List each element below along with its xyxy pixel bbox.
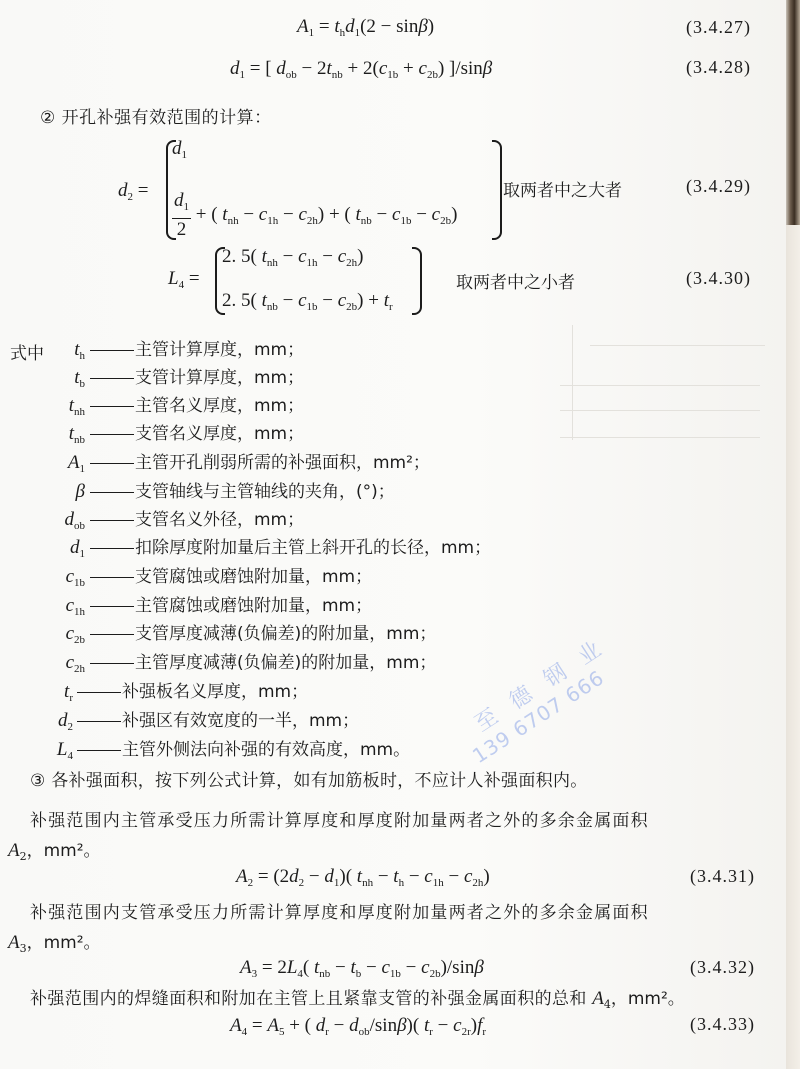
definition-text: 主管外侧法向补强的有效高度，mm。 — [122, 740, 410, 760]
definition-text: 支管腐蚀或磨蚀附加量，mm； — [135, 567, 372, 587]
eq29-note: 取两者中之大者 — [503, 176, 622, 201]
definition-symbol: tr — [0, 681, 73, 709]
equation-number: (3.4.29) — [686, 176, 751, 197]
definition-text: 支管厚度减薄(负偏差)的附加量，mm； — [135, 624, 436, 644]
equation-number: (3.4.31) — [690, 866, 755, 887]
unit-text: ，mm²。 — [27, 933, 101, 953]
right-brace — [412, 247, 422, 315]
paragraph-text: 补强范围内的焊缝面积和附加在主管上且紧靠支管的补强金属面积的总和 — [30, 989, 587, 1009]
eq30-case-2: 2. 5( tnb − c1b − c2b) + tr — [222, 290, 393, 318]
definition-text: 支管计算厚度，mm； — [135, 368, 304, 388]
subscript: 2 — [20, 850, 27, 863]
em-dash — [90, 634, 134, 635]
eq-lhs-subscript: 1 — [240, 69, 246, 81]
eq-lhs-symbol: d — [230, 58, 240, 79]
equation-number: (3.4.32) — [690, 957, 755, 978]
eq30-case-1: 2. 5( tnh − c1h − c2h) — [222, 246, 364, 274]
definition-text: 支管轴线与主管轴线的夹角，(°)； — [135, 482, 395, 502]
bleed-through-rule — [572, 325, 573, 440]
em-dash — [77, 721, 121, 722]
definition-symbol: L4 — [0, 739, 73, 767]
eq-rhs: = (2d2 − d1)( tnh − th − c1h − c2h) — [258, 866, 490, 887]
em-dash — [90, 606, 134, 607]
definition-text: 补强板名义厚度，mm； — [122, 682, 308, 702]
definition-symbol: tb — [0, 367, 85, 395]
eq-lhs-symbol: A — [236, 866, 248, 887]
em-dash — [90, 663, 134, 664]
definition-symbol: c2h — [0, 652, 85, 680]
eq29-case-2: d12 + ( tnh − c1h − c2h) + ( tnb − c1b −… — [172, 190, 457, 241]
em-dash — [90, 406, 134, 407]
paragraph-a2: 补强范围内主管承受压力所需计算厚度和厚度附加量两者之外的多余金属面积 — [30, 806, 649, 831]
equation-number: (3.4.27) — [686, 17, 751, 38]
eq-lhs-subscript: 3 — [252, 968, 258, 980]
eq29-case-1: d1 — [172, 138, 187, 166]
definition-symbol: tnb — [0, 423, 85, 451]
definition-text: 支管名义外径，mm； — [135, 510, 304, 530]
subscript: 3 — [20, 942, 27, 955]
bleed-through-rule — [560, 437, 760, 438]
right-brace — [492, 140, 502, 240]
eq-lhs-symbol: L — [168, 268, 179, 289]
eq-lhs-subscript: 2 — [248, 877, 254, 889]
symbol: A — [8, 932, 20, 953]
definition-symbol: c2b — [0, 623, 85, 651]
definition-text: 主管开孔削弱所需的补强面积，mm²； — [135, 453, 430, 473]
em-dash — [90, 434, 134, 435]
equation-3-4-31: A2 = (2d2 − d1)( tnh − th − c1h − c2h) — [236, 866, 490, 894]
paragraph-a4: 补强范围内的焊缝面积和附加在主管上且紧靠支管的补强金属面积的总和 A4，mm²。 — [30, 988, 685, 1016]
section-heading-2: ② 开孔补强有效范围的计算： — [40, 103, 272, 128]
definition-symbol: d2 — [0, 710, 73, 738]
definition-text: 主管腐蚀或磨蚀附加量，mm； — [135, 596, 372, 616]
section-heading-3: ③ 各补强面积，按下列公式计算，如有加筋板时，不应计人补强面积内。 — [30, 766, 588, 791]
definition-symbol: β — [0, 481, 85, 509]
symbol: A — [8, 840, 20, 861]
eq30-lhs: L4 = — [168, 268, 200, 296]
eq-lhs-subscript: 2 — [128, 191, 134, 203]
definition-text: 主管名义厚度，mm； — [135, 396, 304, 416]
eq-lhs-symbol: d — [118, 180, 128, 201]
fraction: d12 — [172, 190, 191, 241]
em-dash — [90, 378, 134, 379]
equation-number: (3.4.33) — [690, 1014, 755, 1035]
em-dash — [90, 548, 134, 549]
em-dash — [90, 350, 134, 351]
paragraph-a3-cont: A3，mm²。 — [8, 932, 101, 960]
document-page: A1 = thd1(2 − sinβ) (3.4.27) d1 = [ dob … — [0, 0, 786, 1069]
eq-lhs-symbol: A — [297, 16, 309, 37]
equation-3-4-28: d1 = [ dob − 2tnb + 2(c1b + c2b) ]/sinβ — [230, 58, 492, 86]
definition-symbol: tnh — [0, 395, 85, 423]
bleed-through-rule — [590, 345, 765, 346]
eq-lhs-symbol: A — [240, 957, 252, 978]
definition-text: 支管名义厚度，mm； — [135, 424, 304, 444]
page-edge-lower — [786, 225, 800, 1069]
em-dash — [77, 750, 121, 751]
paragraph-a2-cont: A2，mm²。 — [8, 840, 101, 868]
paragraph-a3: 补强范围内支管承受压力所需计算厚度和厚度附加量两者之外的多余金属面积 — [30, 898, 649, 923]
eq-rhs: = A5 + ( dr − dob/sinβ)( tr − c2r)fr — [252, 1015, 486, 1036]
em-dash — [90, 520, 134, 521]
equation-number: (3.4.28) — [686, 57, 751, 78]
definition-symbol: A1 — [0, 452, 85, 480]
eq29-lhs: d2 = — [118, 180, 148, 208]
eq-rhs: = [ dob − 2tnb + 2(c1b + c2b) ]/sinβ — [250, 58, 493, 79]
definition-symbol: c1b — [0, 566, 85, 594]
unit-text: ，mm²。 — [27, 841, 101, 861]
unit-text: ，mm²。 — [611, 989, 685, 1009]
definition-text: 主管计算厚度，mm； — [135, 340, 304, 360]
bleed-through-rule — [560, 410, 760, 411]
em-dash — [77, 692, 121, 693]
definition-text: 补强区有效宽度的一半，mm； — [122, 711, 359, 731]
definition-symbol: dob — [0, 509, 85, 537]
eq30-note: 取两者中之小者 — [456, 268, 575, 293]
equation-3-4-33: A4 = A5 + ( dr − dob/sinβ)( tr − c2r)fr — [230, 1015, 486, 1043]
em-dash — [90, 463, 134, 464]
bleed-through-rule — [560, 385, 760, 386]
em-dash — [90, 577, 134, 578]
em-dash — [90, 492, 134, 493]
eq-lhs-symbol: A — [230, 1015, 242, 1036]
definition-text: 扣除厚度附加量后主管上斜开孔的长径，mm； — [135, 538, 491, 558]
equation-number: (3.4.30) — [686, 268, 751, 289]
subscript: 4 — [604, 998, 611, 1011]
eq-rhs: = 2L4( tnb − tb − c1b − c2b)/sinβ — [262, 957, 484, 978]
eq-lhs-subscript: 1 — [309, 27, 315, 39]
definition-symbol: th — [0, 339, 85, 367]
symbol: A — [592, 988, 604, 1009]
definition-text: 主管厚度减薄(负偏差)的附加量，mm； — [135, 653, 436, 673]
eq-lhs-subscript: 4 — [179, 279, 185, 291]
equation-3-4-27: A1 = thd1(2 − sinβ) — [297, 16, 434, 44]
eq-lhs-subscript: 4 — [242, 1026, 248, 1038]
definition-symbol: c1h — [0, 595, 85, 623]
eq-rhs: = thd1(2 − sinβ) — [319, 16, 434, 37]
definition-symbol: d1 — [0, 537, 85, 565]
equation-3-4-32: A3 = 2L4( tnb − tb − c1b − c2b)/sinβ — [240, 957, 484, 985]
